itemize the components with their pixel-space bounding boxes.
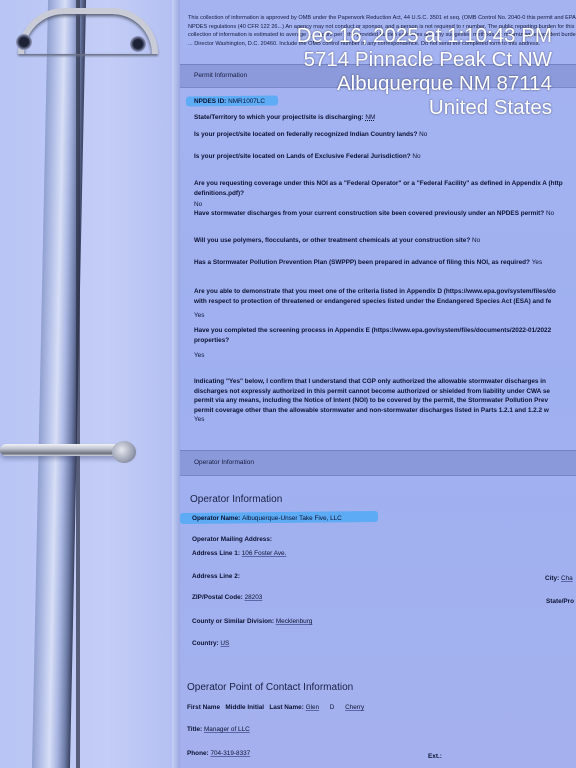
operator-information-bar: Operator Information — [180, 450, 576, 476]
answer-appendix-e: Yes — [194, 352, 204, 359]
question-federal-operator: Are you requesting coverage under this N… — [194, 179, 563, 198]
city: City: Cha — [545, 574, 573, 584]
question-appendix-e: Have you completed the screening process… — [194, 326, 551, 345]
section-title: Permit Information — [194, 72, 247, 79]
contact-phone: Phone: 704-319-8337 — [187, 749, 250, 759]
question-indian-country: Is your project/site located on federall… — [194, 130, 427, 140]
country: Country: US — [192, 639, 229, 649]
overlay-country: United States — [297, 96, 552, 120]
overlay-address-line1: 5714 Pinnacle Peak Ct NW — [297, 48, 552, 72]
zip-postal-code: ZIP/Postal Code: 28203 — [192, 593, 262, 603]
answer-appendix-d: Yes — [194, 312, 204, 319]
photo-timestamp-overlay: Dec 16, 2025 at 1:10:43 PM 5714 Pinnacle… — [297, 24, 552, 120]
point-of-contact-heading: Operator Point of Contact Information — [187, 682, 353, 693]
question-swppp: Has a Stormwater Pollution Prevention Pl… — [194, 258, 542, 268]
question-federal-jurisdiction: Is your project/site located on Lands of… — [194, 152, 421, 162]
question-polymers: Will you use polymers, flocculants, or o… — [194, 236, 480, 246]
operator-information-heading: Operator Information — [190, 494, 282, 505]
binder-spine-edge — [76, 0, 80, 768]
ring-hole-icon — [16, 34, 32, 50]
address-line-2: Address Line 2: — [192, 572, 240, 582]
npdes-id: NPDES ID: NMR1007LC — [194, 97, 265, 107]
question-previous-coverage: Have stormwater discharges from your cur… — [194, 209, 554, 219]
answer-federal-operator: No — [194, 201, 202, 208]
contact-title: Title: Manager of LLC — [187, 725, 250, 735]
ring-hole-icon — [112, 441, 136, 463]
overlay-address-line2: Albuquerque NM 87114 — [297, 72, 552, 96]
question-appendix-d: Are you able to demonstrate that you mee… — [194, 287, 556, 306]
county: County or Similar Division: Mecklenburg — [192, 617, 312, 627]
section-title: Operator Information — [194, 459, 254, 466]
contact-name: First Name Middle Initial Last Name: Gle… — [187, 703, 364, 713]
binder-left-page — [0, 0, 180, 768]
operator-name: Operator Name: Albuquerque-Unser Take Fi… — [192, 514, 342, 524]
certification-statement: Indicating "Yes" below, I confirm that I… — [194, 377, 550, 415]
overlay-timestamp: Dec 16, 2025 at 1:10:43 PM — [297, 24, 552, 48]
address-line-1: Address Line 1: 106 Foster Ave. — [192, 549, 286, 559]
page-edge — [172, 0, 180, 768]
ring-hole-icon — [130, 36, 146, 52]
state-province: State/Pro — [546, 597, 574, 607]
answer-certification: Yes — [194, 416, 204, 423]
contact-ext: Ext.: — [428, 752, 442, 762]
operator-mailing-address-label: Operator Mailing Address: — [192, 535, 272, 545]
